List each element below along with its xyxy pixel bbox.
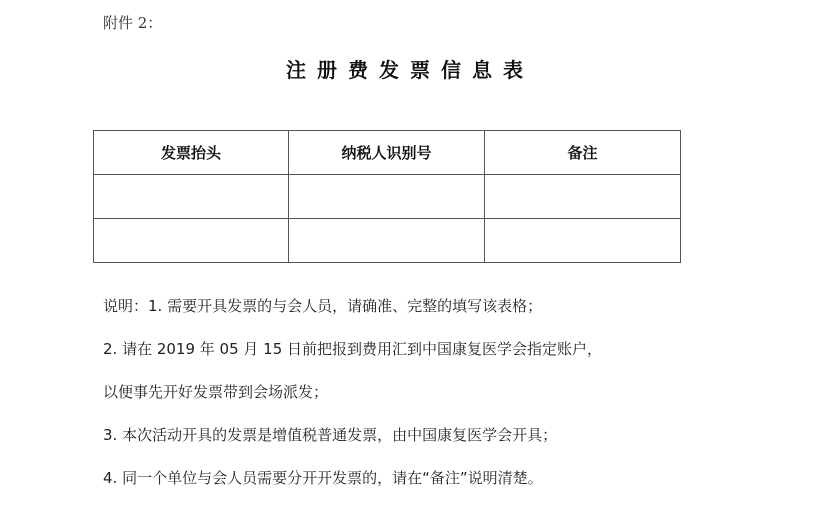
note-line-4: 3. 本次活动开具的发票是增值税普通发票，由中国康复医学会开具； bbox=[103, 424, 557, 445]
cell-invoice-title[interactable] bbox=[94, 219, 289, 263]
header-remarks: 备注 bbox=[484, 131, 680, 175]
cell-taxpayer-id[interactable] bbox=[289, 175, 485, 219]
header-invoice-title: 发票抬头 bbox=[94, 131, 289, 175]
cell-invoice-title[interactable] bbox=[94, 175, 289, 219]
attachment-label: 附件 2： bbox=[103, 12, 162, 33]
cell-remarks[interactable] bbox=[484, 219, 680, 263]
cell-taxpayer-id[interactable] bbox=[289, 219, 485, 263]
note-line-2: 2. 请在 2019 年 05 月 15 日前把报到费用汇到中国康复医学会指定账… bbox=[103, 338, 602, 359]
note-line-1: 说明：1. 需要开具发票的与会人员，请确准、完整的填写该表格； bbox=[103, 295, 542, 316]
header-taxpayer-id: 纳税人识别号 bbox=[289, 131, 485, 175]
page-title: 注册费发票信息表 bbox=[0, 54, 820, 83]
table-header-row: 发票抬头 纳税人识别号 备注 bbox=[94, 131, 681, 175]
table-row bbox=[94, 175, 681, 219]
invoice-info-table: 发票抬头 纳税人识别号 备注 bbox=[93, 130, 681, 263]
table-row bbox=[94, 219, 681, 263]
cell-remarks[interactable] bbox=[484, 175, 680, 219]
note-line-5: 4. 同一个单位与会人员需要分开开发票的，请在“备注”说明清楚。 bbox=[103, 467, 543, 488]
note-line-3: 以便事先开好发票带到会场派发； bbox=[103, 381, 328, 402]
